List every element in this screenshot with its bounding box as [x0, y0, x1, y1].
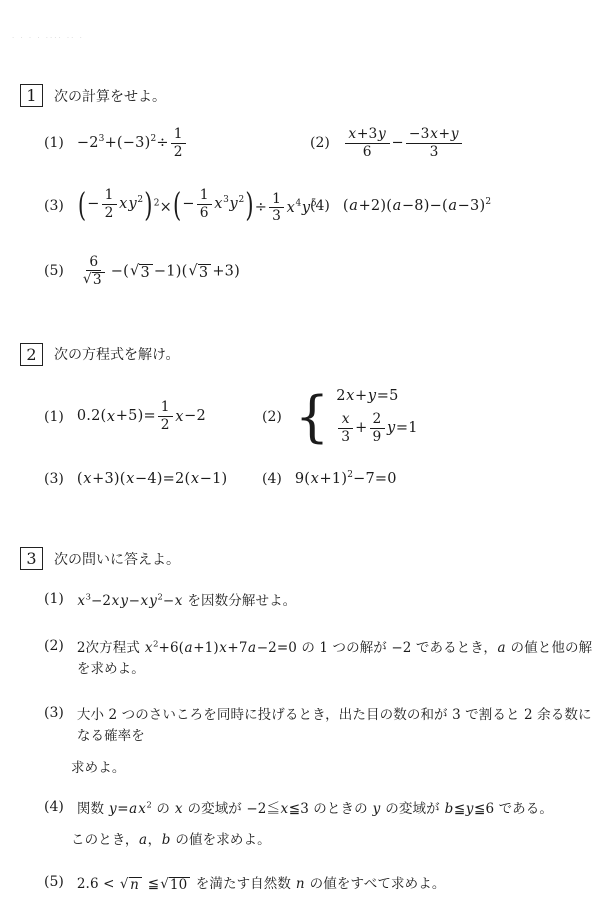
system-brace: {	[295, 389, 329, 444]
problem-3-5-text: 2.6 < √n ≦√10 を満たす自然数 n の値をすべて求めよ。	[77, 874, 446, 896]
section-2-header: 2 次の方程式を解け。	[20, 343, 600, 366]
problem-row: (1) −23+(−3)2÷12 (2) x+3y6−−3x+y3	[44, 126, 600, 160]
problem-1-4-label: (4)	[310, 198, 330, 214]
problem-1-2-expression: x+3y6−−3x+y3	[343, 126, 464, 160]
problem-2-2: (2) { 2x+y=5 x3+29y=1	[262, 388, 418, 445]
section-1: 1 次の計算をせよ。 (1) −23+(−3)2÷12 (2) x+3y6−−3…	[20, 84, 600, 289]
problem-1-3-label: (3)	[44, 198, 64, 214]
section-1-title: 次の計算をせよ。	[54, 86, 166, 106]
problem-3-1-label: (1)	[44, 591, 64, 607]
problem-3-2-label: (2)	[44, 638, 64, 654]
problem-3-4-label: (4)	[44, 799, 64, 815]
section-3: 3 次の問いに答えよ。 (1) x3−2xy−xy2−x を因数分解せよ。 (2…	[20, 547, 600, 895]
problem-1-5-label: (5)	[44, 263, 64, 279]
section-3-title: 次の問いに答えよ。	[54, 549, 180, 569]
problem-3-3: (3) 大小 2 つのさいころを同時に投げるとき，出た目の数の和が 3 で割ると…	[44, 705, 600, 776]
problem-1-2-label: (2)	[310, 135, 330, 151]
problem-2-3: (3) (x+3)(x−4)=2(x−1)	[44, 471, 262, 487]
problem-2-4: (4) 9(x+1)2−7=0	[262, 471, 397, 487]
worksheet-content: 1 次の計算をせよ。 (1) −23+(−3)2÷12 (2) x+3y6−−3…	[0, 0, 600, 895]
problem-3-3-line2: 求めよ。	[71, 756, 600, 776]
problem-1-1: (1) −23+(−3)2÷12	[44, 126, 310, 160]
problem-row: (1) x3−2xy−xy2−x を因数分解せよ。	[44, 591, 600, 613]
section-1-problems: (1) −23+(−3)2÷12 (2) x+3y6−−3x+y3 (3) (−…	[44, 126, 600, 289]
problem-3-2: (2) 2次方程式 x2+6(a+1)x+7a−2=0 の 1 つの解が −2 …	[44, 638, 600, 681]
problem-2-3-label: (3)	[44, 471, 64, 487]
problem-1-1-label: (1)	[44, 135, 64, 151]
problem-row: (4) 関数 y=ax2 の x の変域が −2≦x≦3 のときの y の変域が…	[44, 799, 600, 821]
system-equation-2: x3+29y=1	[336, 411, 418, 445]
problem-row: (2) 2次方程式 x2+6(a+1)x+7a−2=0 の 1 つの解が −2 …	[44, 638, 600, 681]
section-3-number-box: 3	[20, 547, 43, 570]
problem-row: (5) 6√3−(√3−1)(√3+3)	[44, 254, 600, 289]
problem-row: (3) (−12xy2)2×(−16x3y2)÷13x4y5 (4) (a+2)…	[44, 187, 600, 225]
problem-2-4-label: (4)	[262, 471, 282, 487]
section-2-title: 次の方程式を解け。	[54, 344, 179, 364]
problem-2-1-expression: 0.2(x+5)=12x−2	[77, 399, 206, 433]
problem-1-3-expression: (−12xy2)2×(−16x3y2)÷13x4y5	[77, 187, 317, 225]
problem-3-1: (1) x3−2xy−xy2−x を因数分解せよ。	[44, 591, 296, 613]
problem-2-3-expression: (x+3)(x−4)=2(x−1)	[77, 471, 228, 487]
problem-3-4: (4) 関数 y=ax2 の x の変域が −2≦x≦3 のときの y の変域が…	[44, 799, 600, 848]
section-3-header: 3 次の問いに答えよ。	[20, 547, 600, 570]
section-2: 2 次の方程式を解け。 (1) 0.2(x+5)=12x−2 (2) { 2x+…	[20, 343, 600, 487]
section-3-problems: (1) x3−2xy−xy2−x を因数分解せよ。 (2) 2次方程式 x2+6…	[44, 591, 600, 895]
problem-2-1: (1) 0.2(x+5)=12x−2	[44, 399, 262, 433]
system-equation-1: 2x+y=5	[336, 388, 398, 404]
problem-3-3-label: (3)	[44, 705, 64, 721]
problem-1-5-expression: 6√3−(√3−1)(√3+3)	[77, 254, 240, 289]
problem-3-5: (5) 2.6 < √n ≦√10 を満たす自然数 n の値をすべて求めよ。	[44, 874, 445, 896]
problem-row: (1) 0.2(x+5)=12x−2 (2) { 2x+y=5 x3+29y=1	[44, 388, 600, 445]
problem-3-4-text: 関数 y=ax2 の x の変域が −2≦x≦3 のときの y の変域が b≦y…	[77, 799, 553, 821]
problem-3-3-text: 大小 2 つのさいころを同時に投げるとき，出た目の数の和が 3 で割ると 2 余…	[77, 705, 600, 748]
section-1-number-box: 1	[20, 84, 43, 107]
scan-artifact: · · · · ···· ·· ·	[12, 34, 84, 42]
problem-row: (5) 2.6 < √n ≦√10 を満たす自然数 n の値をすべて求めよ。	[44, 874, 600, 896]
problem-row: (3) (x+3)(x−4)=2(x−1) (4) 9(x+1)2−7=0	[44, 471, 600, 487]
section-1-header: 1 次の計算をせよ。	[20, 84, 600, 107]
section-2-number-box: 2	[20, 343, 43, 366]
section-2-problems: (1) 0.2(x+5)=12x−2 (2) { 2x+y=5 x3+29y=1	[44, 388, 600, 487]
problem-3-4-line2: このとき，a，b の値を求めよ。	[71, 828, 600, 848]
problem-2-4-expression: 9(x+1)2−7=0	[295, 471, 397, 487]
worksheet-page: · · · · ···· ·· · 1 次の計算をせよ。 (1) −23+(−3…	[0, 0, 600, 900]
problem-row: (3) 大小 2 つのさいころを同時に投げるとき，出た目の数の和が 3 で割ると…	[44, 705, 600, 748]
problem-2-1-label: (1)	[44, 409, 64, 425]
problem-3-4-line1: (4) 関数 y=ax2 の x の変域が −2≦x≦3 のときの y の変域が…	[44, 799, 553, 821]
problem-1-3: (3) (−12xy2)2×(−16x3y2)÷13x4y5	[44, 187, 310, 225]
problem-1-5: (5) 6√3−(√3−1)(√3+3)	[44, 254, 240, 289]
problem-3-1-text: x3−2xy−xy2−x を因数分解せよ。	[77, 591, 296, 613]
problem-3-3-line1: (3) 大小 2 つのさいころを同時に投げるとき，出た目の数の和が 3 で割ると…	[44, 705, 600, 748]
problem-2-2-label: (2)	[262, 409, 282, 425]
equation-system: { 2x+y=5 x3+29y=1	[295, 388, 418, 445]
problem-3-2-text: 2次方程式 x2+6(a+1)x+7a−2=0 の 1 つの解が −2 であると…	[77, 638, 600, 681]
problem-3-5-label: (5)	[44, 874, 64, 890]
problem-1-1-expression: −23+(−3)2÷12	[77, 126, 188, 160]
problem-1-2: (2) x+3y6−−3x+y3	[310, 126, 464, 160]
problem-1-4-expression: (a+2)(a−8)−(a−3)2	[343, 198, 491, 214]
system-equations: 2x+y=5 x3+29y=1	[336, 388, 418, 445]
problem-1-4: (4) (a+2)(a−8)−(a−3)2	[310, 198, 491, 214]
